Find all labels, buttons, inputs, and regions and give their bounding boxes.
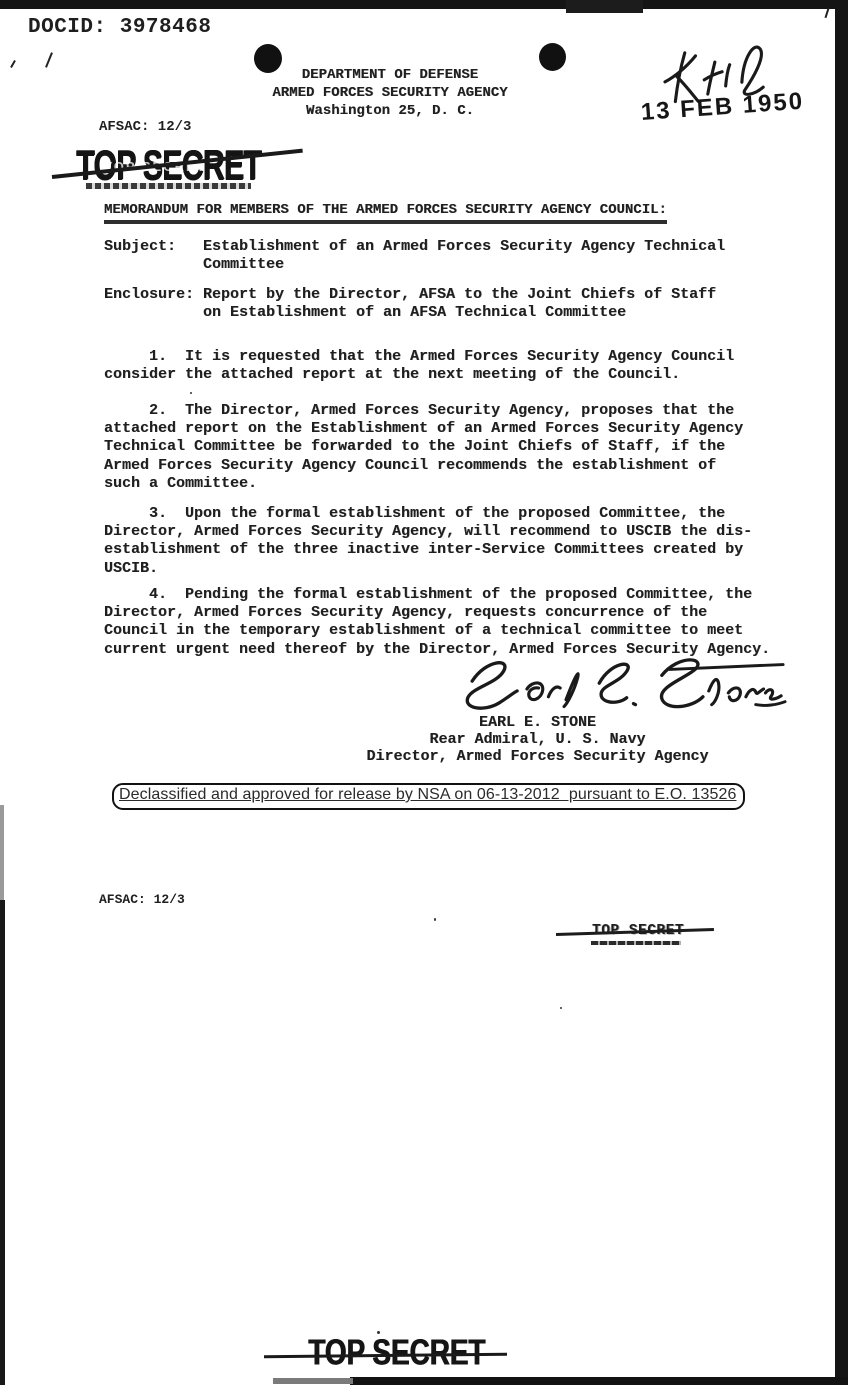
declassification-text: Declassified and approved for release by… [119,786,736,803]
memorandum-heading: MEMORANDUM FOR MEMBERS OF THE ARMED FORC… [104,202,667,224]
scan-edge-left-gray [0,805,4,900]
paragraph-3: 3. Upon the formal establishment of the … [104,505,752,578]
reference-number-bottom: AFSAC: 12/3 [99,892,185,907]
memo-page: DOCID: 3978468 DEPARTMENT OF DEFENSE ARM… [0,0,848,1385]
hole-punch-right [539,43,566,71]
scan-edge-left [0,900,5,1385]
pen-mark [10,60,16,68]
scan-edge-bottom-gray [273,1378,353,1384]
ink-speck [560,1007,562,1009]
letterhead: DEPARTMENT OF DEFENSE ARMED FORCES SECUR… [252,66,528,120]
scan-edge-bottom [350,1377,848,1385]
ink-speck [190,392,192,394]
ink-speck [434,918,436,921]
signature-script [435,653,787,723]
pen-mark [45,52,53,68]
declassification-banner: Declassified and approved for release by… [112,783,745,810]
reference-number-top: AFSAC: 12/3 [99,119,191,135]
letterhead-line-3: Washington 25, D. C. [252,102,528,120]
letterhead-line-1: DEPARTMENT OF DEFENSE [252,66,528,84]
scan-edge-right [835,0,848,1385]
stamp-small-underline [591,941,681,945]
signature-title: Director, Armed Forces Security Agency [330,748,745,765]
signature-block: EARL E. STONE Rear Admiral, U. S. Navy D… [330,714,745,765]
docid: DOCID: 3978468 [28,16,211,39]
scan-edge-top [0,0,848,9]
subject-block: Subject: Establishment of an Armed Force… [104,238,725,274]
pen-mark [825,8,830,18]
paragraph-4: 4. Pending the formal establishment of t… [104,586,770,659]
signature-name: EARL E. STONE [330,714,745,731]
top-secret-stamp-top: TOP SECRET TOP SECRET [76,141,316,187]
scan-edge-top-notch [566,0,643,13]
signature-rank: Rear Admiral, U. S. Navy [330,731,745,748]
stamp-smudge [86,183,251,189]
enclosure-block: Enclosure: Report by the Director, AFSA … [104,286,716,322]
paragraph-1: 1. It is requested that the Armed Forces… [104,348,734,384]
letterhead-line-2: ARMED FORCES SECURITY AGENCY [252,84,528,102]
paragraph-2: 2. The Director, Armed Forces Security A… [104,402,743,493]
